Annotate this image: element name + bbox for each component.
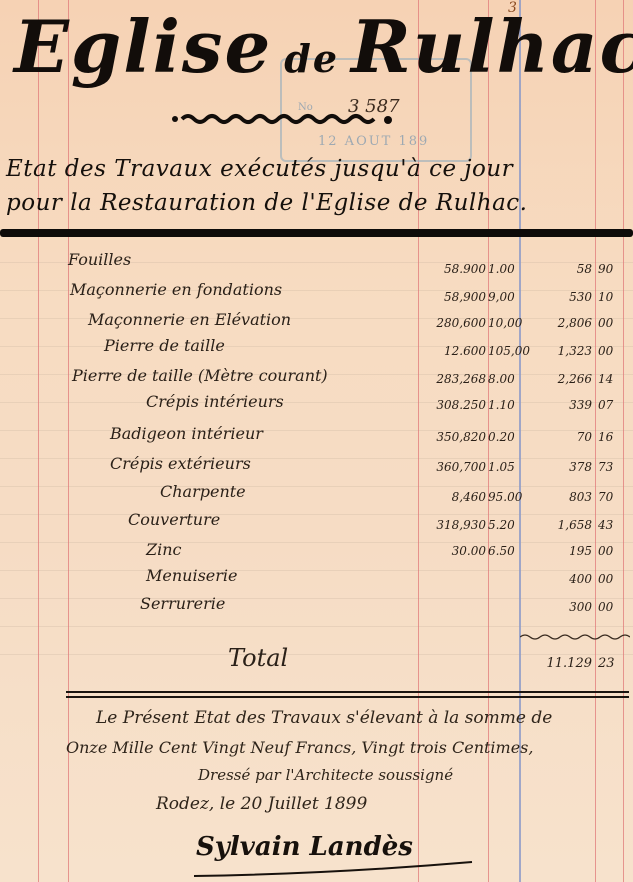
item-quantity: 360,700 [418,460,486,474]
ruled-line [0,514,633,515]
subtitle-line1: Etat des Travaux exécutés jusqu'à ce jou… [6,156,513,182]
item-amount: 1,658 [522,518,592,532]
item-cents: 90 [598,262,622,276]
item-label: Serrurerie [140,594,225,613]
item-cents: 00 [598,316,622,330]
closing-rule-top [66,691,629,693]
ruled-line [0,570,633,571]
item-amount: 530 [522,290,592,304]
item-quantity: 30.00 [418,544,486,558]
ruled-line [0,542,633,543]
column-rule-cents [595,0,596,882]
item-amount: 378 [522,460,592,474]
document-page: 3 No 12 AOUT 189 EglisedeRulhac 3 587 Et… [0,0,633,882]
closing-line2: Onze Mille Cent Vingt Neuf Francs, Vingt… [66,738,533,757]
item-cents: 73 [598,460,622,474]
item-cents: 14 [598,372,622,386]
closing-line1: Le Présent Etat des Travaux s'élevant à … [96,708,552,728]
title-de: de [284,36,339,81]
item-cents: 10 [598,290,622,304]
reference-number: 3 587 [348,96,400,117]
item-label: Charpente [160,482,246,501]
item-quantity: 8,460 [418,490,486,504]
subtitle-line2: pour la Restauration de l'Eglise de Rulh… [6,190,527,216]
item-label: Fouilles [68,250,131,269]
place-date: Rodez, le 20 Juillet 1899 [156,794,367,814]
total-cents: 23 [598,656,622,671]
signature-flourish-icon [190,850,480,880]
item-cents: 07 [598,398,622,412]
item-amount: 400 [522,572,592,586]
item-cents: 43 [598,518,622,532]
item-quantity: 58.900 [418,262,486,276]
item-amount: 195 [522,544,592,558]
document-title: EglisedeRulhac [14,4,633,89]
total-label: Total [228,644,288,672]
item-cents: 70 [598,490,622,504]
item-quantity: 12.600 [418,344,486,358]
item-label: Crépis intérieurs [146,392,284,411]
item-cents: 00 [598,572,622,586]
title-rulhac: Rulhac [351,4,633,89]
item-label: Couverture [128,510,220,529]
closing-rule-bottom [66,696,629,698]
item-quantity: 283,268 [418,372,486,386]
item-quantity: 318,930 [418,518,486,532]
item-quantity: 58,900 [418,290,486,304]
ruled-line [0,486,633,487]
item-amount: 70 [522,430,592,444]
item-cents: 00 [598,544,622,558]
item-label: Crépis extérieurs [110,454,251,473]
title-eglise: Eglise [14,4,272,89]
item-label: Pierre de taille (Mètre courant) [72,366,328,385]
column-rule-right [623,0,624,882]
stamp-date: 12 AOUT 189 [318,134,429,149]
item-amount: 2,266 [522,372,592,386]
item-cents: 16 [598,430,622,444]
item-amount: 339 [522,398,592,412]
item-quantity: 308.250 [418,398,486,412]
item-amount: 58 [522,262,592,276]
item-label: Zinc [146,540,182,559]
closing-line3: Dressé par l'Architecte soussigné [198,766,453,784]
item-cents: 00 [598,600,622,614]
ruled-line [0,626,633,627]
item-cents: 00 [598,344,622,358]
item-quantity: 350,820 [418,430,486,444]
item-amount: 803 [522,490,592,504]
item-amount: 1,323 [522,344,592,358]
total-amount: 11.129 [522,656,592,671]
item-label: Badigeon intérieur [110,424,263,443]
item-quantity: 280,600 [418,316,486,330]
ruled-line [0,458,633,459]
item-amount: 300 [522,600,592,614]
item-amount: 2,806 [522,316,592,330]
item-label: Maçonnerie en Elévation [88,310,291,329]
item-label: Pierre de taille [104,336,225,355]
total-separator-icon [520,632,630,642]
ruled-line [0,654,633,655]
ruled-line [0,598,633,599]
item-label: Menuiserie [146,566,238,585]
item-label: Maçonnerie en fondations [70,280,282,299]
header-rule [0,229,633,237]
margin-rule [38,0,39,882]
